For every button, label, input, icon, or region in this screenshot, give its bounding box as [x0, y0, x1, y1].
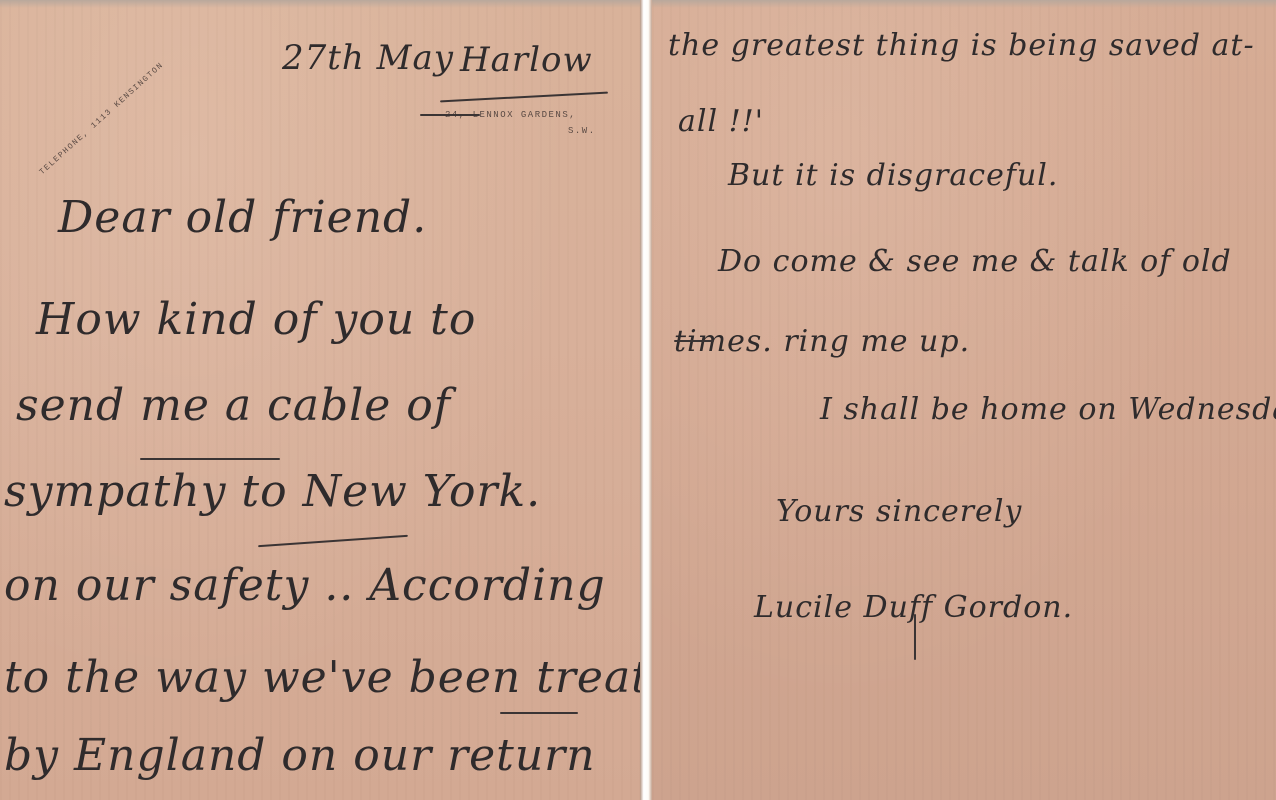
letter-line: by England on our return: [4, 730, 596, 781]
page-top-edge: [652, 0, 1276, 8]
letter-date: 27th May: [282, 38, 454, 78]
letter-line: But it is disgraceful.: [728, 158, 1058, 193]
letter-closing: Yours sincerely: [776, 494, 1022, 529]
letter-line: How kind of you to: [36, 294, 476, 345]
letterhead-address-postcode: S.W.: [568, 126, 596, 136]
letter-line: send me a cable of: [16, 380, 451, 431]
page-top-edge: [0, 0, 640, 8]
letter-line: all !!': [678, 104, 764, 139]
letter-line: I shall be home on Wednesday: [820, 392, 1276, 427]
t-cross: [258, 535, 408, 547]
letter-line: Do come & see me & talk of old: [718, 244, 1232, 279]
letter-line: on our safety .. According: [4, 560, 606, 611]
letterhead-telephone: TELEPHONE, 1113 KENSINGTON: [38, 61, 166, 177]
signature-flourish: [914, 614, 916, 660]
t-cross: [674, 340, 714, 342]
letter-line: times. ring me up.: [674, 324, 970, 359]
letter-page-left: TELEPHONE, 1113 KENSINGTON 24, LENNOX GA…: [0, 0, 640, 800]
letter-place: Harlow: [460, 40, 593, 80]
letter-line: sympathy to New York.: [4, 466, 541, 517]
letter-line: to the way we've been treated: [4, 652, 640, 703]
place-underline: [440, 92, 608, 103]
t-cross: [140, 458, 280, 460]
page-gutter: [640, 0, 652, 800]
address-strike: [420, 114, 480, 116]
letter-page-right: the greatest thing is being saved at- al…: [652, 0, 1276, 800]
t-cross: [500, 712, 578, 714]
salutation: Dear old friend.: [58, 192, 427, 243]
letter-line: the greatest thing is being saved at-: [668, 28, 1255, 63]
